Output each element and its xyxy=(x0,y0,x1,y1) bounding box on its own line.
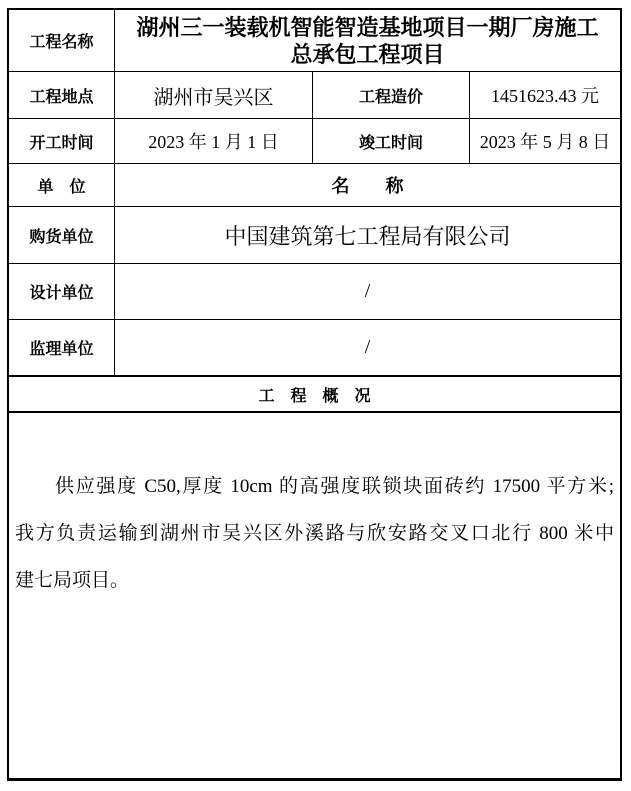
supervisor-label: 监理单位 xyxy=(9,320,115,375)
supervisor-value: / xyxy=(115,320,620,375)
unit-header-label: 单 位 xyxy=(9,164,115,206)
overview-paragraph: 供应强度 C50,厚度 10cm 的高强度联锁块面砖约 17500 平方米; 我… xyxy=(9,413,620,778)
start-date-value: 2023 年 1 月 1 日 xyxy=(115,119,313,163)
purchaser-label: 购货单位 xyxy=(9,207,115,263)
designer-label: 设计单位 xyxy=(9,264,115,319)
table-row-supervisor: 监理单位 / xyxy=(9,320,620,377)
project-info-table: 工程名称 湖州三一装载机智能智造基地项目一期厂房施工 总承包工程项目 工程地点 … xyxy=(7,8,622,781)
name-header-label: 名 称 xyxy=(115,164,620,206)
project-name-line1: 湖州三一装载机智能智造基地项目一期厂房施工 xyxy=(136,14,598,41)
document-page: 工程名称 湖州三一装载机智能智造基地项目一期厂房施工 总承包工程项目 工程地点 … xyxy=(0,0,631,791)
project-location-value: 湖州市吴兴区 xyxy=(115,72,313,118)
overview-header: 工 程 概 况 xyxy=(9,377,620,411)
table-row-location-cost: 工程地点 湖州市吴兴区 工程造价 1451623.43 元 xyxy=(9,72,620,119)
table-row-unit-header: 单 位 名 称 xyxy=(9,164,620,207)
project-location-label: 工程地点 xyxy=(9,72,115,118)
completion-date-value: 2023 年 5 月 8 日 xyxy=(470,119,620,163)
table-row-designer: 设计单位 / xyxy=(9,264,620,320)
project-name-label: 工程名称 xyxy=(9,10,115,71)
table-row-purchaser: 购货单位 中国建筑第七工程局有限公司 xyxy=(9,207,620,264)
project-cost-value: 1451623.43 元 xyxy=(470,72,620,118)
table-row-project-name: 工程名称 湖州三一装载机智能智造基地项目一期厂房施工 总承包工程项目 xyxy=(9,10,620,72)
purchaser-value: 中国建筑第七工程局有限公司 xyxy=(115,207,620,263)
table-row-dates: 开工时间 2023 年 1 月 1 日 竣工时间 2023 年 5 月 8 日 xyxy=(9,119,620,164)
project-name-line2: 总承包工程项目 xyxy=(290,41,444,68)
table-row-overview-header: 工 程 概 况 xyxy=(9,377,620,413)
overview-paragraph-line3: 建七局项目。 xyxy=(15,557,614,604)
overview-paragraph-line2: 我方负责运输到湖州市吴兴区外溪路与欣安路交叉口北行 800 米中 xyxy=(15,510,614,557)
table-row-overview-body: 供应强度 C50,厚度 10cm 的高强度联锁块面砖约 17500 平方米; 我… xyxy=(9,413,620,778)
overview-paragraph-line1: 供应强度 C50,厚度 10cm 的高强度联锁块面砖约 17500 平方米; xyxy=(15,463,614,510)
completion-date-label: 竣工时间 xyxy=(313,119,470,163)
project-name-value: 湖州三一装载机智能智造基地项目一期厂房施工 总承包工程项目 xyxy=(115,10,620,71)
project-cost-label: 工程造价 xyxy=(313,72,470,118)
designer-value: / xyxy=(115,264,620,319)
start-date-label: 开工时间 xyxy=(9,119,115,163)
